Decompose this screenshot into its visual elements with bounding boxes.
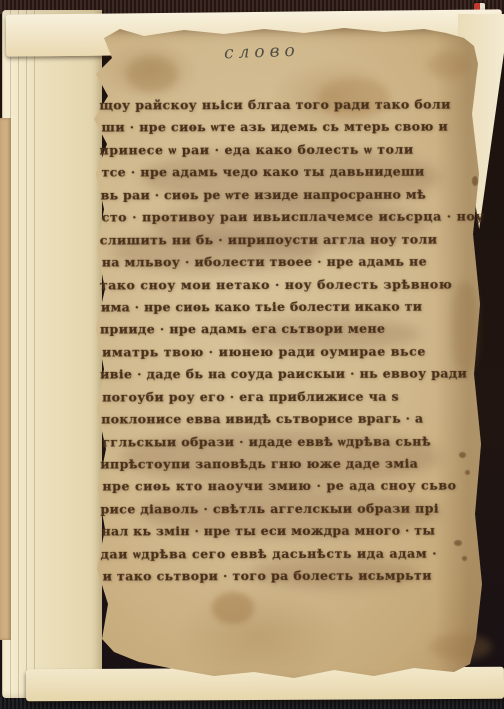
text-line: ивіе · даде бь на соуда раискыи · нь евв… [100,363,462,386]
page-stack-edges [2,10,102,698]
text-line: погоуби роу его · ега приближисе ча ѕ [102,385,462,408]
text-line: и тако сьтвори · того ра болесть исьмрьт… [103,565,463,588]
text-line: тако сноу мои нетако · ноу болесть зрѣвн… [100,273,462,296]
text-line: прииде · нре адамь ега сьтвори мене [100,318,462,341]
text-line: нре сиѳь кто наоучи змию · ре ада сноу с… [102,475,462,498]
page-stack-tan-edge [0,118,11,640]
text-block: щоу райскоу ньіси блгаа того ради тако б… [99,94,462,589]
text-line: щоу райскоу ньіси блгаа того ради тако б… [99,94,461,117]
text-line: на мльвоу · иболести твоее · нре адамь н… [102,251,462,274]
text-line: тсе · нре адамь чедо како ты давьнидеши [102,161,462,184]
text-line: рисе діаволь · свѣтль аггелскыи образи п… [100,497,462,520]
text-line: ггльскыи образи · идаде еввѣ ѡдрѣва сьнѣ [102,430,462,453]
text-line: слишить ни бь · иприпоусти аггла ноу тол… [100,228,462,251]
text-line: има · нре сиѳь како тьіе болести икако т… [101,295,462,318]
text-line: поклонисе евва ивидѣ сьтворисе врагь · а [101,408,462,431]
text-line: иматрь твою · июнею ради оумирае вьсе [102,340,462,363]
text-line: нал кь змін · нре ты еси мождра много · … [101,520,462,543]
ink-speck [462,556,467,561]
text-line: ши · нре сиѳь ѡте азь идемь сь мтерь сво… [101,116,461,139]
text-line: ипрѣстоупи заповѣдь гню юже даде зміа [100,453,462,476]
ink-speck [472,176,478,186]
text-line: даи ѡдрѣва сего еввѣ дасьнѣсть ида адам … [101,542,463,565]
text-line: сто · противоу раи ивьисплачемсе исьсрца… [102,206,462,229]
header-annotation: слово [224,41,300,64]
text-line: вь раи · сиѳь ре ѡте изиде напросранно м… [101,183,462,206]
manuscript-photo: слово щоу райскоу ньіси блгаа того ради … [0,0,504,709]
text-line: принесе ѡ раи · еда како болесть ѡ толи [99,138,461,161]
ink-speck [465,470,470,475]
